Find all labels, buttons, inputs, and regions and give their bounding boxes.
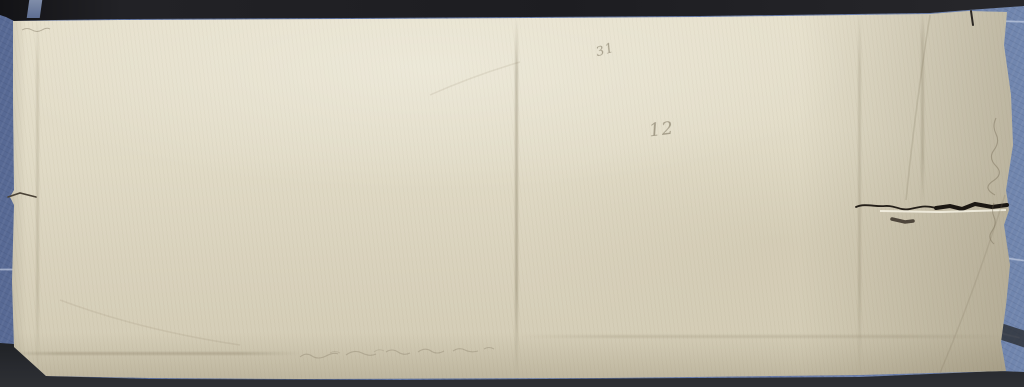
fold-crease-center (515, 18, 518, 378)
pencil-mark-31: 31 (594, 41, 616, 61)
fold-crease-right-edge (921, 12, 924, 206)
photograph-of-document: 31 12 (0, 0, 1024, 387)
fold-crease-bottom (520, 335, 1000, 338)
fold-crease-right (858, 14, 861, 376)
fold-crease-bottom (0, 352, 300, 355)
fold-crease-left (36, 20, 39, 378)
pencil-mark-12: 12 (648, 118, 675, 142)
tile-seam (1004, 20, 1024, 24)
tile-seam (1008, 257, 1024, 262)
paper-sheet: 31 12 (0, 0, 1024, 387)
cloth-gap-sliver (27, 0, 43, 18)
